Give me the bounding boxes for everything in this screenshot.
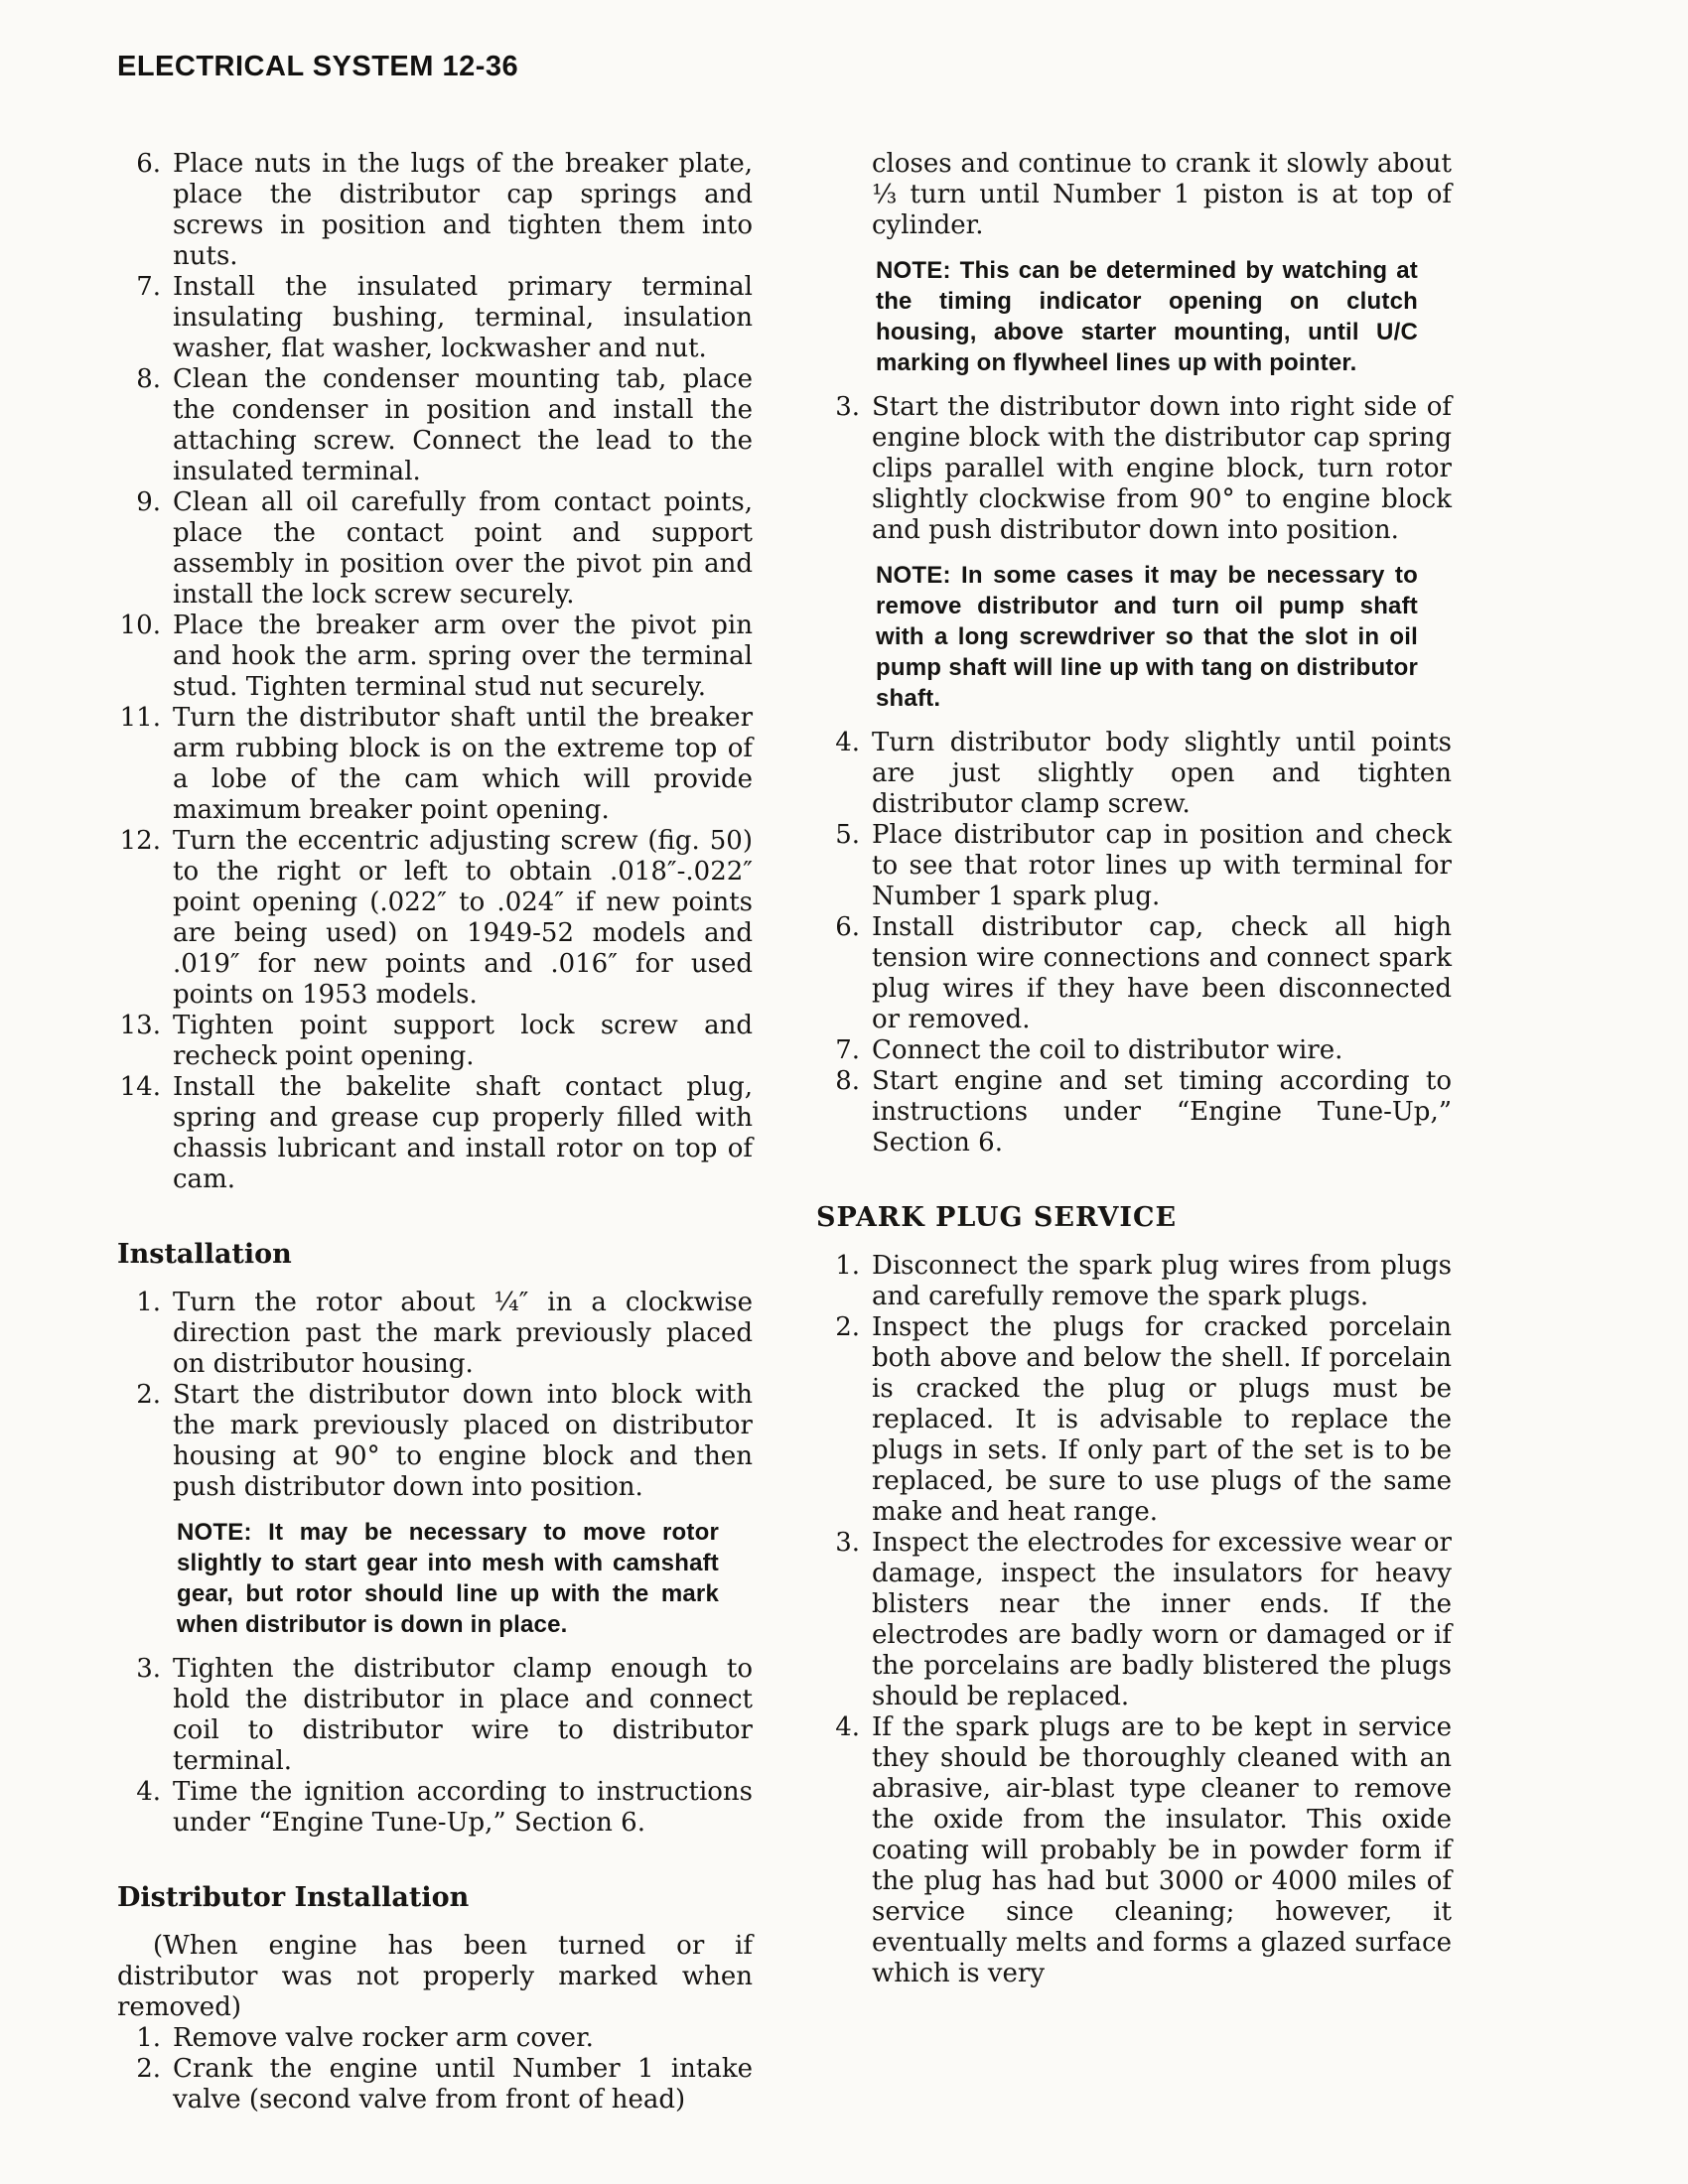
list-item: 2.Start the distributor down into block … — [117, 1380, 753, 1503]
list-item-number: 11. — [117, 703, 173, 826]
list-item-text: Remove valve rocker arm cover. — [173, 2023, 753, 2054]
list-item-text: Connect the coil to distributor wire. — [872, 1035, 1452, 1066]
list-item-text: Inspect the electrodes for excessive wea… — [872, 1528, 1452, 1712]
left-column: 6.Place nuts in the lugs of the breaker … — [117, 149, 753, 2116]
list-item-text: Start the distributor down into block wi… — [173, 1380, 753, 1503]
list-item-number: 5. — [816, 820, 872, 912]
list-item-number: 1. — [117, 1288, 173, 1380]
list-item-number: 2. — [816, 1312, 872, 1528]
list-item-text: Install distributor cap, check all high … — [872, 912, 1452, 1035]
list-item: 3.Inspect the electrodes for excessive w… — [816, 1528, 1452, 1712]
list-item: 1.Disconnect the spark plug wires from p… — [816, 1251, 1452, 1312]
list-item-text: Tighten point support lock screw and rec… — [173, 1011, 753, 1072]
list-item-number: 4. — [816, 728, 872, 820]
list-item-number: 1. — [117, 2023, 173, 2054]
list-item-number: 3. — [816, 1528, 872, 1712]
list-item-text: Tighten the distributor clamp enough to … — [173, 1654, 753, 1777]
list-item-number: 9. — [117, 487, 173, 611]
list-item-text: Start engine and set timing according to… — [872, 1066, 1452, 1159]
list-item-number: 12. — [117, 826, 173, 1011]
list-item-text: Install the bakelite shaft contact plug,… — [173, 1072, 753, 1195]
continued-paragraph: closes and continue to crank it slowly a… — [872, 149, 1452, 241]
list-item-number: 8. — [117, 364, 173, 487]
list-item: 1.Turn the rotor about ¼″ in a clockwise… — [117, 1288, 753, 1380]
list-item-text: Turn the eccentric adjusting screw (fig.… — [173, 826, 753, 1011]
manual-page: ELECTRICAL SYSTEM 12-36 6.Place nuts in … — [0, 0, 1688, 2184]
list-item: 3.Tighten the distributor clamp enough t… — [117, 1654, 753, 1777]
list-item-text: Time the ignition according to instructi… — [173, 1777, 753, 1839]
right-column: closes and continue to crank it slowly a… — [816, 149, 1452, 1989]
list-item: 3.Start the distributor down into right … — [816, 392, 1452, 546]
list-item: 2.Crank the engine until Number 1 intake… — [117, 2054, 753, 2116]
list-item-number: 13. — [117, 1011, 173, 1072]
list-item-text: Turn distributor body slightly until poi… — [872, 728, 1452, 820]
list-item: 1.Remove valve rocker arm cover. — [117, 2023, 753, 2054]
list-item-text: Place the breaker arm over the pivot pin… — [173, 611, 753, 703]
list-item: 11.Turn the distributor shaft until the … — [117, 703, 753, 826]
subsection-heading: Installation — [117, 1239, 753, 1270]
list-item-number: 2. — [117, 2054, 173, 2116]
list-item-number: 6. — [117, 149, 173, 272]
list-item-number: 6. — [816, 912, 872, 1035]
list-item-text: Start the distributor down into right si… — [872, 392, 1452, 546]
list-item-number: 8. — [816, 1066, 872, 1159]
list-item-text: Turn the rotor about ¼″ in a clockwise d… — [173, 1288, 753, 1380]
note-paragraph: NOTE: It may be necessary to move rotor … — [177, 1517, 719, 1640]
list-item: 14.Install the bakelite shaft contact pl… — [117, 1072, 753, 1195]
list-item-number: 10. — [117, 611, 173, 703]
list-item: 2.Inspect the plugs for cracked porcelai… — [816, 1312, 1452, 1528]
list-item: 7.Install the insulated primary terminal… — [117, 272, 753, 364]
list-item: 8.Start engine and set timing according … — [816, 1066, 1452, 1159]
note-paragraph: NOTE: In some cases it may be necessary … — [876, 560, 1418, 714]
list-item-number: 7. — [816, 1035, 872, 1066]
list-item-text: Disconnect the spark plug wires from plu… — [872, 1251, 1452, 1312]
list-item: 4.If the spark plugs are to be kept in s… — [816, 1712, 1452, 1989]
list-item: 6.Place nuts in the lugs of the breaker … — [117, 149, 753, 272]
list-item: 7.Connect the coil to distributor wire. — [816, 1035, 1452, 1066]
list-item: 8.Clean the condenser mounting tab, plac… — [117, 364, 753, 487]
page-header: ELECTRICAL SYSTEM 12-36 — [117, 52, 518, 82]
list-item: 6.Install distributor cap, check all hig… — [816, 912, 1452, 1035]
list-item-number: 2. — [117, 1380, 173, 1503]
subsection-heading: Distributor Installation — [117, 1882, 753, 1913]
list-item-text: Install the insulated primary terminal i… — [173, 272, 753, 364]
list-item-number: 3. — [117, 1654, 173, 1777]
section-heading: SPARK PLUG SERVICE — [816, 1202, 1452, 1233]
list-item-text: Clean all oil carefully from contact poi… — [173, 487, 753, 611]
list-item-text: Crank the engine until Number 1 intake v… — [173, 2054, 753, 2116]
list-item: 4.Time the ignition according to instruc… — [117, 1777, 753, 1839]
list-item-number: 3. — [816, 392, 872, 546]
list-item: 4.Turn distributor body slightly until p… — [816, 728, 1452, 820]
list-item-text: Place nuts in the lugs of the breaker pl… — [173, 149, 753, 272]
list-item-number: 1. — [816, 1251, 872, 1312]
list-item-number: 4. — [816, 1712, 872, 1989]
list-item-text: Inspect the plugs for cracked porcelain … — [872, 1312, 1452, 1528]
list-item: 10.Place the breaker arm over the pivot … — [117, 611, 753, 703]
list-item-text: Turn the distributor shaft until the bre… — [173, 703, 753, 826]
list-item: 13.Tighten point support lock screw and … — [117, 1011, 753, 1072]
paragraph: (When engine has been turned or if distr… — [117, 1931, 753, 2023]
list-item-text: If the spark plugs are to be kept in ser… — [872, 1712, 1452, 1989]
list-item: 9.Clean all oil carefully from contact p… — [117, 487, 753, 611]
list-item-number: 14. — [117, 1072, 173, 1195]
list-item-text: Clean the condenser mounting tab, place … — [173, 364, 753, 487]
list-item: 12.Turn the eccentric adjusting screw (f… — [117, 826, 753, 1011]
note-paragraph: NOTE: This can be determined by watching… — [876, 255, 1418, 378]
list-item-text: Place distributor cap in position and ch… — [872, 820, 1452, 912]
list-item: 5.Place distributor cap in position and … — [816, 820, 1452, 912]
list-item-number: 4. — [117, 1777, 173, 1839]
list-item-number: 7. — [117, 272, 173, 364]
